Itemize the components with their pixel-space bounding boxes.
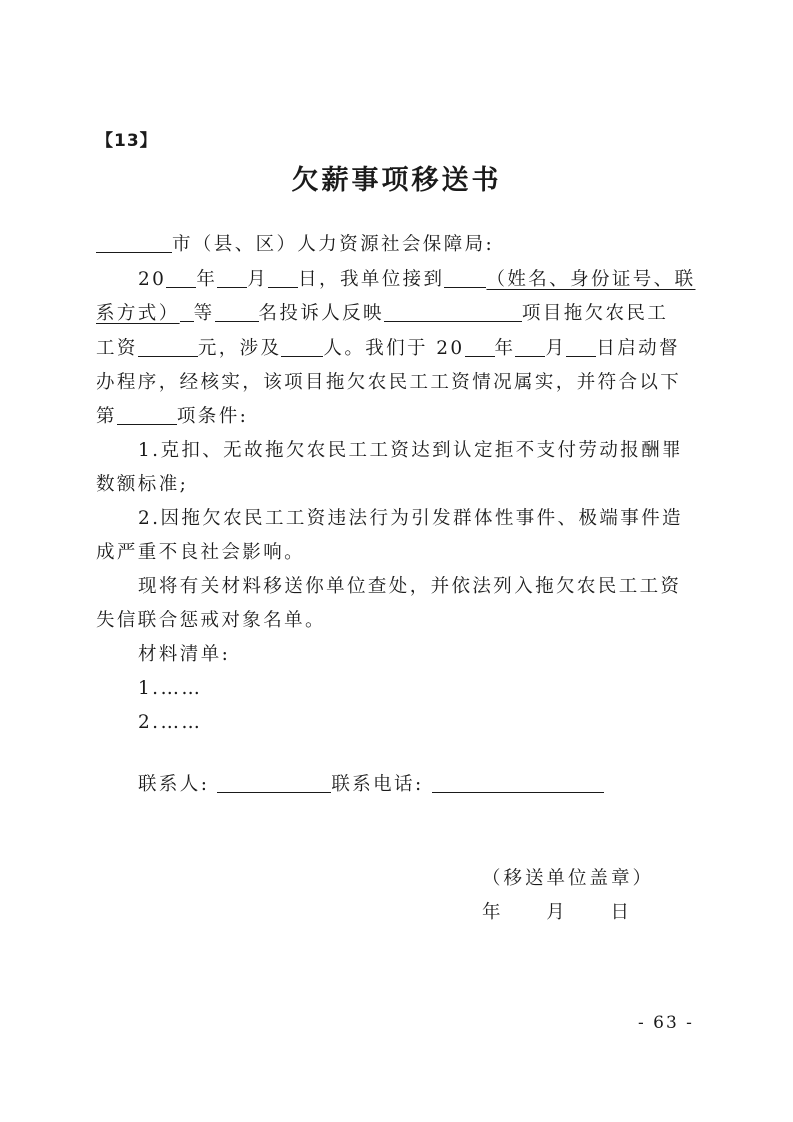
month-label-2: 月 — [545, 338, 566, 359]
paragraph1-line2: 系方式）等名投诉人反映项目拖欠农民工 — [96, 297, 700, 331]
day-receive-text: 日，我单位接到 — [298, 269, 444, 290]
amount-blank[interactable] — [138, 336, 198, 357]
document-title: 欠薪事项移送书 — [0, 158, 793, 197]
condition-2-line1: 2.因拖欠农民工工资违法行为引发群体性事件、极端事件造 — [96, 502, 742, 536]
contact-phone-blank[interactable] — [432, 772, 604, 793]
project-owes-text: 项目拖欠农民工 — [522, 303, 668, 324]
di-text: 第 — [96, 406, 117, 427]
paragraph1-line5: 第项条件: — [96, 400, 700, 434]
complainant-info-hint: （姓名、身份证号、联 — [486, 269, 695, 290]
materials-heading: 材料清单: — [96, 638, 742, 672]
document-number: 【13】 — [96, 126, 158, 151]
contact-phone-label: 联系电话: — [331, 774, 423, 795]
paragraph1-line1: 20年月日，我单位接到（姓名、身份证号、联 — [96, 263, 742, 297]
materials-item-2: 2.…… — [96, 706, 742, 740]
receive-year-blank[interactable] — [166, 267, 196, 288]
project-name-blank[interactable] — [384, 301, 522, 322]
signature-day: 日 — [610, 898, 632, 924]
wage-text: 工资 — [96, 338, 138, 359]
contact-person-label: 联系人: — [138, 774, 209, 795]
complainant-info-hint-cont: 系方式） — [96, 303, 180, 324]
day-start-text: 日启动督 — [596, 338, 680, 359]
city-blank[interactable] — [96, 232, 172, 253]
condition-2-line2: 成严重不良社会影响。 — [96, 536, 700, 570]
receive-day-blank[interactable] — [268, 267, 298, 288]
condition-number-blank[interactable] — [117, 404, 177, 425]
start-day-blank[interactable] — [566, 336, 596, 357]
contact-line: 联系人:联系电话: — [96, 768, 742, 802]
year-label-2: 年 — [495, 338, 516, 359]
seal-label: （移送单位盖章） — [482, 864, 654, 890]
start-month-blank[interactable] — [515, 336, 545, 357]
paragraph1-line4: 办程序，经核实，该项目拖欠农民工工资情况属实，并符合以下 — [96, 366, 700, 400]
page-number: - 63 - — [638, 1013, 694, 1033]
people-text: 人。我们于 20 — [323, 338, 464, 359]
complainant-blank-end[interactable] — [180, 301, 194, 322]
yuan-text: 元，涉及 — [198, 338, 282, 359]
conditions-text: 项条件: — [177, 406, 248, 427]
complainant-blank[interactable] — [444, 267, 486, 288]
contact-person-blank[interactable] — [217, 772, 331, 793]
deng-text: 等 — [194, 303, 215, 324]
materials-item-1: 1.…… — [96, 672, 742, 706]
paragraph1-line3: 工资元，涉及人。我们于 20年月日启动督 — [96, 332, 700, 366]
start-year-blank[interactable] — [465, 336, 495, 357]
addressee-text: 市（县、区）人力资源社会保障局: — [172, 234, 494, 255]
transfer-statement-line2: 失信联合惩戒对象名单。 — [96, 604, 700, 638]
transfer-statement-line1: 现将有关材料移送你单位查处，并依法列入拖欠农民工工资 — [96, 570, 742, 604]
month-label: 月 — [247, 269, 268, 290]
year-label: 年 — [196, 269, 217, 290]
signature-month: 月 — [546, 898, 568, 924]
year-prefix: 20 — [138, 269, 166, 290]
condition-1-line1: 1.克扣、无故拖欠农民工工资达到认定拒不支付劳动报酬罪 — [96, 434, 742, 468]
complainant-count-blank[interactable] — [215, 301, 259, 322]
people-count-blank[interactable] — [281, 336, 323, 357]
complaint-text: 名投诉人反映 — [259, 303, 384, 324]
addressee-line: 市（县、区）人力资源社会保障局: — [96, 228, 700, 262]
signature-year: 年 — [482, 898, 504, 924]
signature-date: 年 月 日 — [482, 898, 632, 924]
receive-month-blank[interactable] — [217, 267, 247, 288]
condition-1-line2: 数额标准; — [96, 468, 700, 502]
